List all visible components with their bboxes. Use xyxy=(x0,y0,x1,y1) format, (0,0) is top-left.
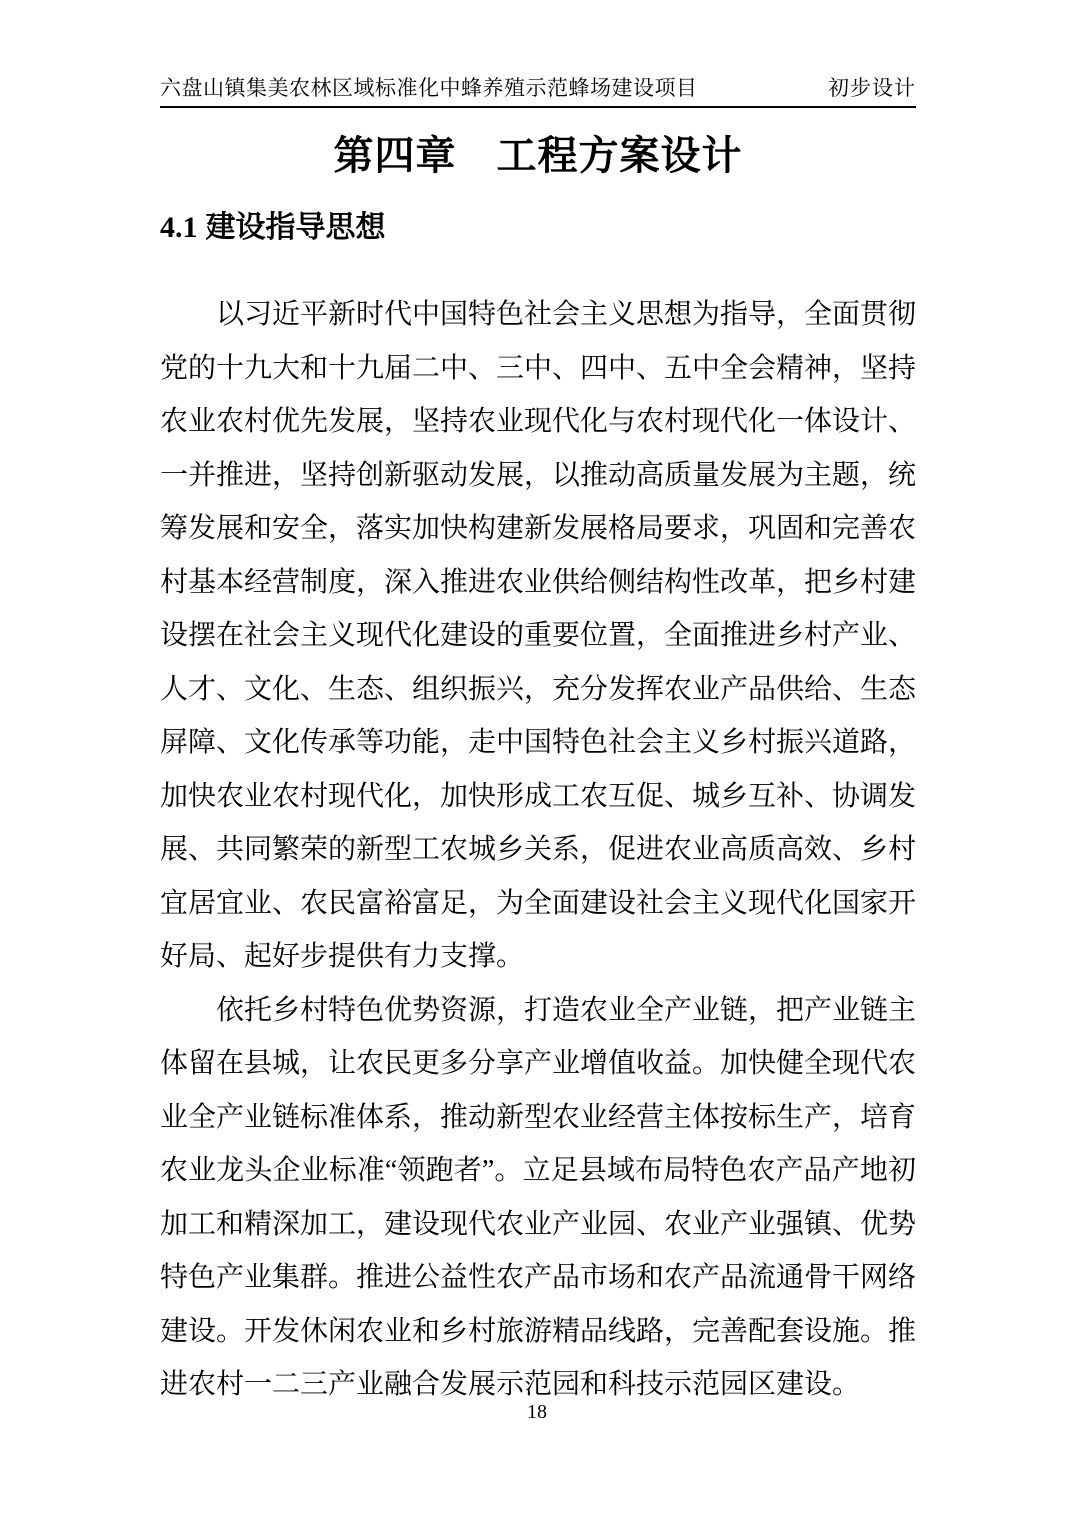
chapter-name: 工程方案设计 xyxy=(497,134,743,178)
section-heading: 4.1建设指导思想 xyxy=(160,212,916,244)
page-header: 六盘山镇集美农林区域标准化中蜂养殖示范蜂场建设项目 初步设计 xyxy=(160,77,916,108)
header-doc-type: 初步设计 xyxy=(828,77,916,100)
paragraph-2: 依托乡村特色优势资源，打造农业全产业链，把产业链主体留在县城，让农民更多分享产业… xyxy=(160,984,916,1412)
section-title: 建设指导思想 xyxy=(206,211,386,244)
chapter-title: 第四章工程方案设计 xyxy=(160,134,916,178)
header-project-title: 六盘山镇集美农林区域标准化中蜂养殖示范蜂场建设项目 xyxy=(160,77,698,100)
document-page: 六盘山镇集美农林区域标准化中蜂养殖示范蜂场建设项目 初步设计 第四章工程方案设计… xyxy=(0,0,1074,1520)
chapter-label: 第四章 xyxy=(334,134,457,178)
section-number: 4.1 xyxy=(160,211,198,244)
body-text: 以习近平新时代中国特色社会主义思想为指导，全面贯彻党的十九大和十九届二中、三中、… xyxy=(160,288,916,1412)
page-number: 18 xyxy=(0,1400,1074,1424)
paragraph-1: 以习近平新时代中国特色社会主义思想为指导，全面贯彻党的十九大和十九届二中、三中、… xyxy=(160,288,916,984)
